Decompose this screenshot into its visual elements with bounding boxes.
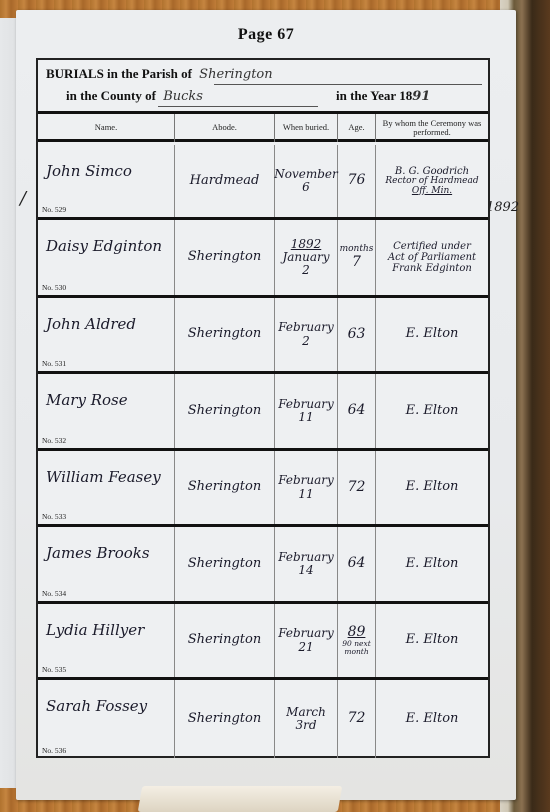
entry-abode: Sherington [175,298,275,371]
entry-officiant: E. Elton [376,680,488,758]
table-row: Daisy EdgintonNo. 530 Sherington 1892Jan… [38,220,488,298]
age-value: 89 [348,625,366,640]
parish-value: Sherington [199,67,272,82]
age-value: 64 [348,403,366,418]
page-title: Page 67 [16,26,516,44]
entry-abode: Sherington [175,451,275,524]
when-day: 2 [302,264,310,277]
officiant-line: E. Elton [406,327,459,341]
col-age-header: Age. [338,114,376,142]
entry-when-buried: February11 [275,374,338,448]
entry-name: Mary Rose [46,392,128,409]
table-row: William FeaseyNo. 533 Sherington Februar… [38,451,488,527]
entry-when-buried: 1892January2 [275,220,338,295]
entry-abode: Sherington [175,374,275,448]
when-day: 14 [298,564,313,577]
column-headers: Name. Abode. When buried. Age. By whom t… [38,114,488,142]
table-row: Mary RoseNo. 532 Sherington February11 6… [38,374,488,451]
margin-year-note: 1892 [486,200,519,215]
entry-number: No. 533 [42,513,66,521]
entry-abode: Sherington [175,680,275,758]
officiant-line: Certified under [393,241,471,252]
when-year: 1892 [291,238,322,251]
officiant-line: Off. Min. [412,187,452,197]
entry-age: 72 [338,451,376,524]
entry-number: No. 531 [42,360,66,368]
when-day: 2 [302,335,310,348]
county-value: Bucks [163,89,203,104]
col-abode-header: Abode. [175,114,275,142]
col-name-header: Name. [38,114,175,142]
entry-officiant: E. Elton [376,604,488,677]
year-printed: 18 [399,88,412,103]
bookmark-ribbon[interactable] [138,786,343,812]
entry-number: No. 534 [42,590,66,598]
entry-number: No. 532 [42,437,66,445]
when-day: 11 [298,488,313,501]
entry-number: No. 536 [42,747,66,755]
entry-age: months7 [338,220,376,295]
entry-officiant: E. Elton [376,298,488,371]
entry-officiant: E. Elton [376,527,488,601]
entry-abode: Sherington [175,220,275,295]
year-written: 91 [412,89,430,104]
entry-abode: Sherington [175,527,275,601]
year-line: in the Year 1891 [336,88,430,104]
entry-when-buried: March3rd [275,680,338,758]
when-month: February [278,627,334,640]
entry-name: Lydia Hillyer [46,622,144,639]
entry-when-buried: February2 [275,298,338,371]
age-value: 7 [352,255,361,270]
entry-officiant: Certified underAct of ParliamentFrank Ed… [376,220,488,295]
when-month: February [278,321,334,334]
entry-age: 8990 next month [338,604,376,677]
entry-officiant: E. Elton [376,451,488,524]
entry-abode: Hardmead [175,145,275,217]
entry-name: Daisy Edginton [46,238,162,255]
register-header: BURIALS in the Parish of Sherington in t… [38,60,488,114]
officiant-line: E. Elton [406,633,459,647]
age-value: 72 [348,711,366,726]
table-row: John SimcoNo. 529 Hardmead November6 76 … [38,145,488,220]
entry-name: James Brooks [46,545,150,562]
entry-number: No. 535 [42,666,66,674]
entry-name: John Simco [46,163,132,180]
when-day: 6 [302,181,310,194]
register-page: Page 67 / 1892 BURIALS in the Parish of … [16,10,516,800]
when-month: February [278,474,334,487]
entry-name: William Feasey [46,469,161,486]
col-by-whom-header: By whom the Ceremony was performed. [376,114,488,142]
officiant-line: E. Elton [406,557,459,571]
county-line: in the County of Bucks [66,88,203,104]
entry-officiant: E. Elton [376,374,488,448]
entry-when-buried: February14 [275,527,338,601]
entry-age: 64 [338,374,376,448]
age-value: 64 [348,556,366,571]
officiant-line: E. Elton [406,480,459,494]
parish-line: BURIALS in the Parish of Sherington [46,66,273,82]
entry-number: No. 529 [42,206,66,214]
age-value: 63 [348,327,366,342]
county-label: in the County of [66,88,156,103]
officiant-line: E. Elton [406,404,459,418]
entry-abode: Sherington [175,604,275,677]
officiant-line: Frank Edginton [392,263,472,274]
when-day: 21 [298,641,313,654]
entry-when-buried: February11 [275,451,338,524]
entry-name: John Aldred [46,316,136,333]
table-row: Sarah FosseyNo. 536 Sherington March3rd … [38,680,488,758]
entry-age: 76 [338,145,376,217]
officiant-line: Act of Parliament [388,252,476,263]
parish-label: BURIALS in the Parish of [46,66,192,81]
officiant-line: E. Elton [406,712,459,726]
entry-number: No. 530 [42,284,66,292]
entry-age: 72 [338,680,376,758]
age-note: 90 next month [338,640,375,657]
entry-officiant: B. G. GoodrichRector of HardmeadOff. Min… [376,145,488,217]
county-underline [158,106,318,107]
age-value: 76 [348,173,366,188]
entry-age: 63 [338,298,376,371]
table-row: Lydia HillyerNo. 535 Sherington February… [38,604,488,680]
entry-age: 64 [338,527,376,601]
entry-name: Sarah Fossey [46,698,147,715]
age-value: 72 [348,480,366,495]
table-row: John AldredNo. 531 Sherington February2 … [38,298,488,374]
burial-register-table: BURIALS in the Parish of Sherington in t… [36,58,490,758]
entry-when-buried: November6 [275,145,338,217]
parish-underline [214,84,482,85]
when-day: 11 [298,411,313,424]
entry-when-buried: February21 [275,604,338,677]
when-day: 3rd [295,719,316,732]
officiant-line: B. G. Goodrich [395,166,469,177]
year-label: in the Year [336,88,396,103]
margin-mark-left: / [20,188,26,209]
table-row: James BrooksNo. 534 Sherington February1… [38,527,488,604]
col-when-header: When buried. [275,114,338,142]
